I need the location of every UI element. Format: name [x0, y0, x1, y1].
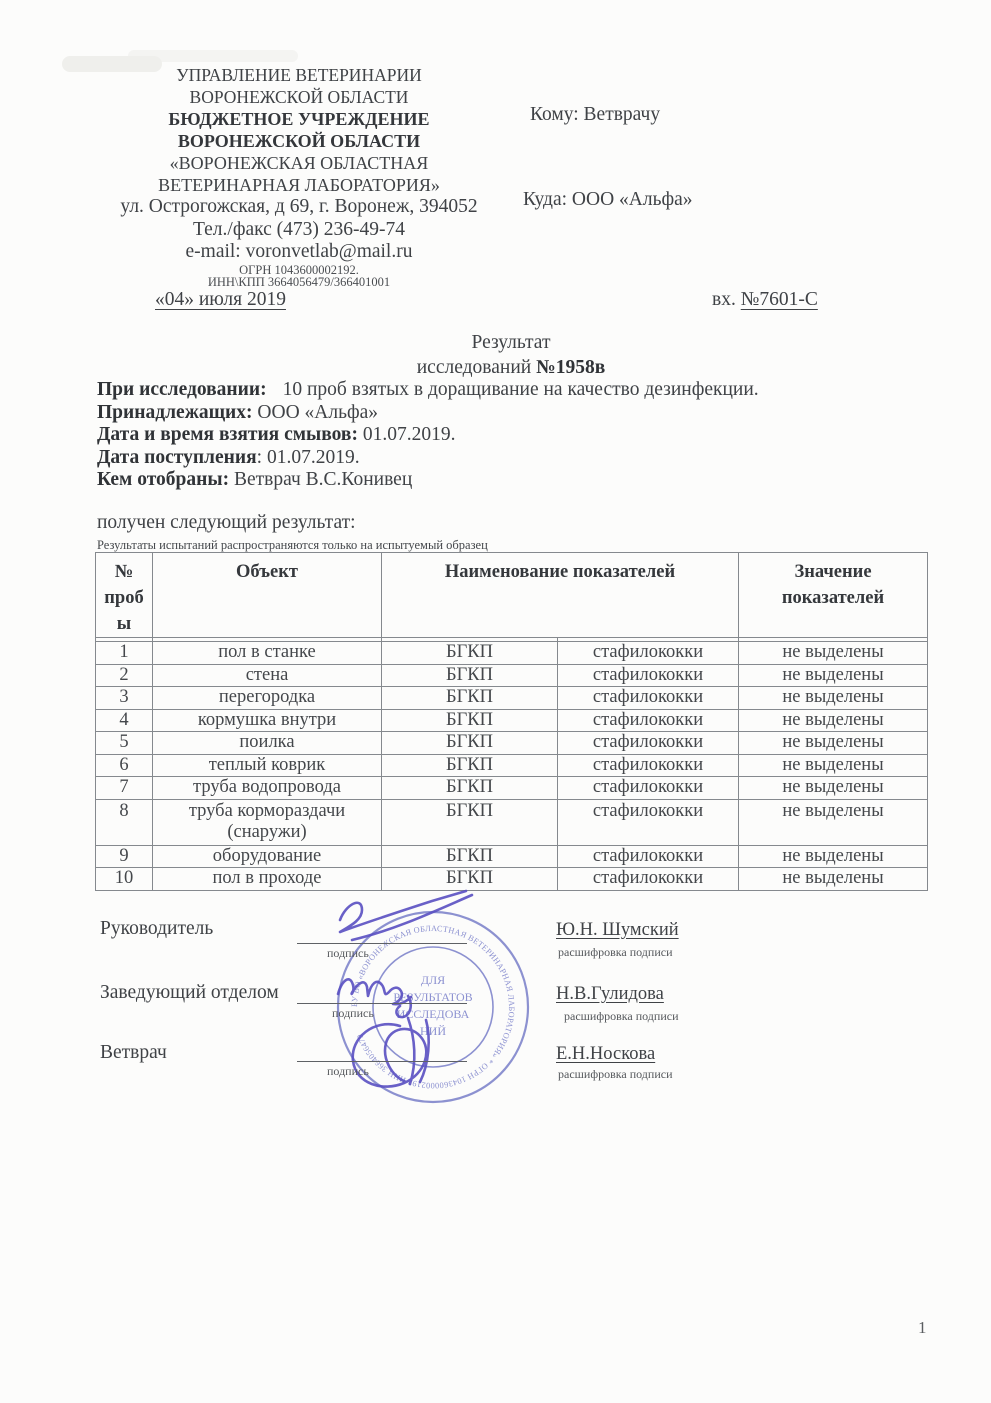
- cell-sample-number: 8: [96, 799, 153, 845]
- cell-indicator-2: стафилококки: [558, 777, 739, 800]
- document-date: «04» июля 2019: [155, 289, 286, 311]
- cell-object: стена: [153, 664, 382, 687]
- info-line: Кем отобраны: Ветврач В.С.Конивец: [97, 469, 927, 492]
- cell-indicator-2: стафилококки: [558, 799, 739, 845]
- signer-name-caption: расшифровка подписи: [558, 945, 673, 960]
- info-value: : 01.07.2019.: [257, 447, 360, 468]
- cell-indicator-1: БГКП: [382, 642, 558, 665]
- results-table: № проб ы Объект Наименование показателей…: [95, 552, 928, 891]
- cell-object: оборудование: [153, 845, 382, 868]
- cell-object: поилка: [153, 732, 382, 755]
- cell-value: не выделены: [739, 709, 928, 732]
- cell-value: не выделены: [739, 868, 928, 891]
- title-line-2: исследований №1958в: [95, 356, 927, 381]
- info-value: ООО «Альфа»: [253, 402, 379, 423]
- table-row: 3перегородкаБГКПстафилококкине выделены: [96, 687, 928, 710]
- signature-3: [408, 1018, 414, 1084]
- recipient-to: Кому: Ветврачу: [530, 104, 660, 126]
- table-header: № проб ы Объект Наименование показателей…: [96, 553, 928, 642]
- cell-value: не выделены: [739, 777, 928, 800]
- cell-sample-number: 2: [96, 664, 153, 687]
- cell-object: теплый коврик: [153, 754, 382, 777]
- info-label: При исследовании:: [97, 379, 267, 400]
- cell-indicator-1: БГКП: [382, 845, 558, 868]
- letterhead: УПРАВЛЕНИЕ ВЕТЕРИНАРИИ ВОРОНЕЖСКОЙ ОБЛАС…: [100, 64, 498, 289]
- signature-2: [338, 979, 411, 1004]
- header-object: Объект: [153, 553, 382, 638]
- title-line-1: Результат: [95, 331, 927, 356]
- signer-name: Ю.Н. Шумский: [556, 920, 679, 941]
- incoming-prefix: вх.: [712, 289, 741, 310]
- cell-value: не выделены: [739, 754, 928, 777]
- info-value: 01.07.2019.: [358, 424, 456, 445]
- info-label: Принадлежащих:: [97, 402, 253, 423]
- incoming-number: вх. №7601-С: [712, 289, 818, 311]
- title-line-2-text: исследований: [417, 357, 536, 378]
- cell-object: труба водопровода: [153, 777, 382, 800]
- result-note: Результаты испытаний распространяются то…: [97, 538, 488, 553]
- info-line: Принадлежащих: ООО «Альфа»: [97, 402, 927, 425]
- sample-info: При исследовании:10 проб взятых в доращи…: [97, 379, 927, 492]
- recipient-where: Куда: ООО «Альфа»: [523, 189, 693, 211]
- org-name-line: УПРАВЛЕНИЕ ВЕТЕРИНАРИИ: [100, 64, 498, 86]
- cell-indicator-2: стафилококки: [558, 732, 739, 755]
- header-sample-number: № проб ы: [96, 553, 153, 638]
- cell-object: пол в станке: [153, 642, 382, 665]
- signer-role: Руководитель: [100, 918, 213, 940]
- info-label: Дата поступления: [97, 447, 257, 468]
- cell-indicator-2: стафилококки: [558, 687, 739, 710]
- signature-3: [420, 1020, 429, 1082]
- signer-role: Ветврач: [100, 1042, 167, 1064]
- page-number: 1: [918, 1318, 927, 1338]
- org-address: ул. Острогожская, д 69, г. Воронеж, 3940…: [100, 196, 498, 219]
- cell-sample-number: 6: [96, 754, 153, 777]
- cell-sample-number: 3: [96, 687, 153, 710]
- cell-value: не выделены: [739, 687, 928, 710]
- cell-value: не выделены: [739, 845, 928, 868]
- document-title: Результат исследований №1958в: [95, 331, 927, 380]
- cell-sample-number: 5: [96, 732, 153, 755]
- org-name-line: «ВОРОНЕЖСКАЯ ОБЛАСТНАЯ: [100, 152, 498, 174]
- info-line: Дата и время взятия смывов: 01.07.2019.: [97, 424, 927, 447]
- cell-value: не выделены: [739, 732, 928, 755]
- cell-indicator-2: стафилококки: [558, 664, 739, 687]
- cell-indicator-1: БГКП: [382, 709, 558, 732]
- table-row: 7труба водопроводаБГКПстафилококкине выд…: [96, 777, 928, 800]
- cell-indicator-1: БГКП: [382, 664, 558, 687]
- signer-name: Н.В.Гулидова: [556, 984, 664, 1005]
- signer-role: Заведующий отделом: [100, 982, 279, 1004]
- table-row: 1пол в станкеБГКПстафилококкине выделены: [96, 642, 928, 665]
- incoming-number-value: №7601-С: [741, 289, 818, 310]
- signature-1: [352, 895, 472, 940]
- header-value: Значение показателей: [739, 553, 928, 638]
- cell-indicator-1: БГКП: [382, 754, 558, 777]
- signature-line: [297, 1061, 467, 1062]
- cell-object: труба кормораздачи (снаружи): [153, 799, 382, 845]
- cell-object: кормушка внутри: [153, 709, 382, 732]
- cell-indicator-2: стафилококки: [558, 754, 739, 777]
- org-name-line: ВОРОНЕЖСКОЙ ОБЛАСТИ: [100, 86, 498, 108]
- org-email: e-mail: voronvetlab@mail.ru: [100, 241, 498, 264]
- cell-value: не выделены: [739, 799, 928, 845]
- info-value: Ветврач В.С.Конивец: [229, 469, 412, 490]
- cell-indicator-1: БГКП: [382, 732, 558, 755]
- report-number: №1958в: [536, 357, 605, 378]
- cell-sample-number: 10: [96, 868, 153, 891]
- results-table-body: 1пол в станкеБГКПстафилококкине выделены…: [96, 642, 928, 891]
- signature-1: [340, 891, 466, 932]
- signature-caption: подпись: [327, 1064, 369, 1079]
- scan-artifact: [128, 50, 298, 62]
- org-inn-kpp: ИНН\КПП 3664056479/366401001: [100, 276, 498, 289]
- cell-sample-number: 4: [96, 709, 153, 732]
- result-lead: получен следующий результат:: [97, 512, 356, 534]
- cell-value: не выделены: [739, 664, 928, 687]
- header-indicators: Наименование показателей: [382, 553, 739, 638]
- cell-sample-number: 1: [96, 642, 153, 665]
- cell-indicator-2: стафилококки: [558, 845, 739, 868]
- info-label: Дата и время взятия смывов:: [97, 424, 358, 445]
- signer-name: Е.Н.Носкова: [556, 1044, 655, 1065]
- cell-indicator-1: БГКП: [382, 777, 558, 800]
- org-phone: Тел./факс (473) 236-49-74: [100, 219, 498, 242]
- cell-sample-number: 7: [96, 777, 153, 800]
- cell-indicator-2: стафилококки: [558, 709, 739, 732]
- signature-caption: подпись: [327, 946, 369, 961]
- cell-object: перегородка: [153, 687, 382, 710]
- org-name-line: БЮДЖЕТНОЕ УЧРЕЖДЕНИЕ: [100, 108, 498, 130]
- table-row: 2стенаБГКПстафилококкине выделены: [96, 664, 928, 687]
- cell-indicator-1: БГКП: [382, 687, 558, 710]
- scanned-document-page: УПРАВЛЕНИЕ ВЕТЕРИНАРИИ ВОРОНЕЖСКОЙ ОБЛАС…: [0, 0, 991, 1403]
- signer-name-caption: расшифровка подписи: [564, 1009, 679, 1024]
- info-label: Кем отобраны:: [97, 469, 229, 490]
- cell-value: не выделены: [739, 642, 928, 665]
- info-line: Дата поступления: 01.07.2019.: [97, 447, 927, 470]
- org-name-line: ВЕТЕРИНАРНАЯ ЛАБОРАТОРИЯ»: [100, 174, 498, 196]
- info-line: При исследовании:10 проб взятых в доращи…: [97, 379, 927, 402]
- table-row: 4кормушка внутриБГКПстафилококкине выдел…: [96, 709, 928, 732]
- info-value: 10 проб взятых в доращивание на качество…: [267, 379, 759, 400]
- signer-name-caption: расшифровка подписи: [558, 1067, 673, 1082]
- cell-indicator-2: стафилококки: [558, 642, 739, 665]
- signature-line: [297, 943, 467, 944]
- table-row: 9оборудованиеБГКПстафилококкине выделены: [96, 845, 928, 868]
- cell-indicator-1: БГКП: [382, 799, 558, 845]
- table-row: 6теплый коврикБГКПстафилококкине выделен…: [96, 754, 928, 777]
- signature-caption: подпись: [332, 1006, 374, 1021]
- cell-sample-number: 9: [96, 845, 153, 868]
- signature-line: [297, 1003, 467, 1004]
- org-name-line: ВОРОНЕЖСКОЙ ОБЛАСТИ: [100, 130, 498, 152]
- table-row: 5поилкаБГКПстафилококкине выделены: [96, 732, 928, 755]
- table-row: 8труба кормораздачи (снаружи)БГКПстафило…: [96, 799, 928, 845]
